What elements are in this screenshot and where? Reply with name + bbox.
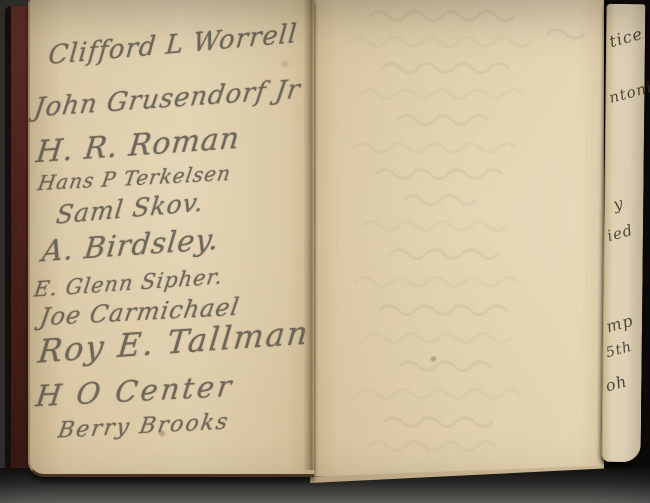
- signature-line: Berry Brooks: [56, 409, 231, 443]
- right-page: [310, 0, 602, 478]
- turned-page-edge: tice ntonio y ied mp 5th oh: [602, 4, 646, 462]
- ink-fragment: ied: [605, 221, 635, 245]
- ink-fragment: tice: [607, 24, 645, 51]
- signature-line: A. Birdsley.: [40, 222, 221, 269]
- signature-line: John Grusendorf Jr: [32, 75, 302, 124]
- notebook-photo: Clifford L Worrell John Grusendorf Jr H.…: [0, 0, 650, 503]
- paper-stain: [430, 356, 437, 362]
- ink-fragment: mp: [604, 311, 635, 337]
- ink-fragment: 5th: [604, 339, 634, 361]
- signature-line: H O Center: [34, 369, 236, 414]
- ink-fragment: ntonio: [607, 75, 650, 107]
- bleed-through-writing: [310, 0, 602, 476]
- signature-line: Clifford L Worrell: [47, 19, 298, 71]
- ink-fragment: y: [611, 193, 626, 214]
- ink-fragment: oh: [603, 371, 629, 395]
- signature-list: Clifford L Worrell John Grusendorf Jr H.…: [34, 0, 314, 474]
